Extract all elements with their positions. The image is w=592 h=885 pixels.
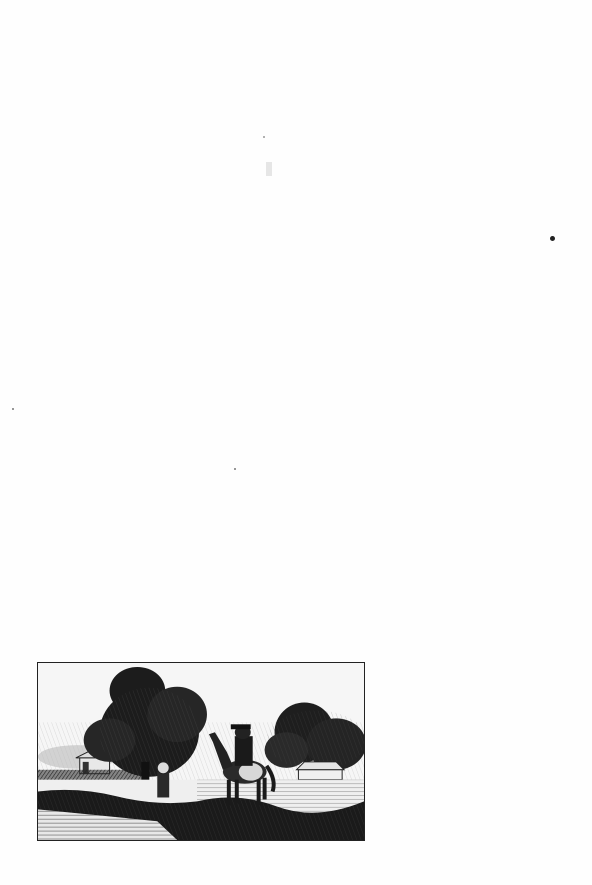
rider-landscape-image: [38, 663, 364, 840]
scan-speck: [12, 408, 14, 410]
engraving-illustration: [37, 662, 365, 841]
right-house: [296, 762, 344, 780]
bleed-through-mark: [266, 162, 272, 176]
document-page: [0, 0, 592, 885]
scan-speck: [263, 136, 265, 138]
scan-speck: [550, 236, 555, 241]
scan-speck: [234, 468, 236, 470]
standing-figure: [157, 762, 169, 798]
